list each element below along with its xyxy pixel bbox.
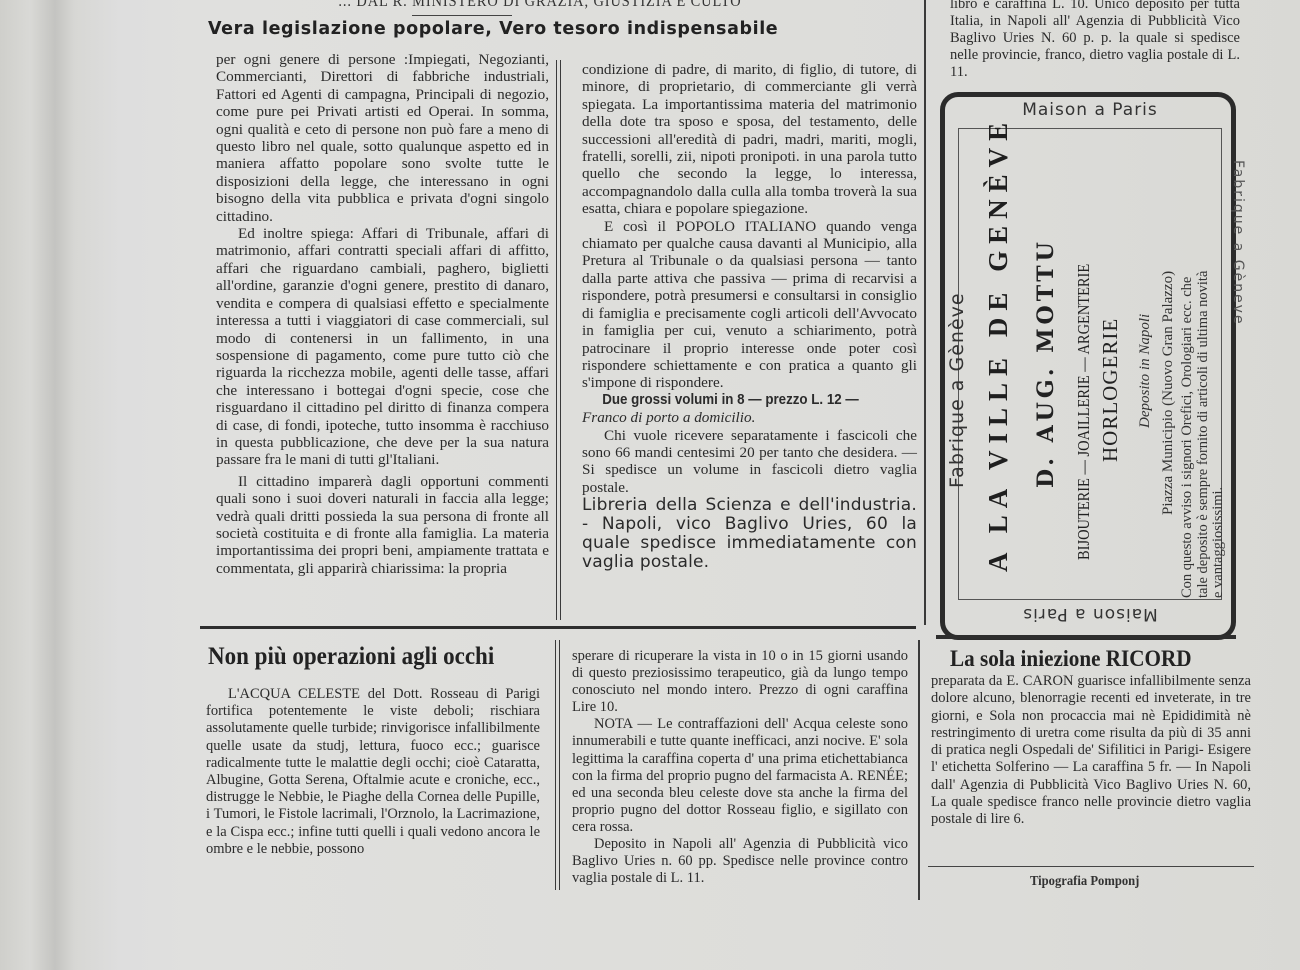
notice-block: Con questo avviso i signori Orefici, Oro… <box>1180 271 1227 598</box>
owner-name: D. AUG. MOTTU <box>1033 238 1059 488</box>
notice-line: tale deposito è sempre fornito di artico… <box>1196 271 1212 598</box>
shipping-note: Franco di porto a domicilio. <box>582 409 917 426</box>
fabrique-geneve: Fabrique a Gènève <box>946 292 968 488</box>
column-separator <box>918 640 920 900</box>
article-paragraph: E così il POPOLO ITALIANO quando venga c… <box>582 218 917 392</box>
notice-line: Con questo avviso i signori Orefici, Oro… <box>1180 271 1196 598</box>
article-paragraph: Ed inoltre spiega: Affari di Tribunale, … <box>216 225 549 469</box>
article-paragraph: condizione di padre, di marito, di figli… <box>582 61 917 218</box>
printer-imprint: Tipografia Pomponj <box>1030 874 1139 890</box>
header-divider <box>412 15 512 16</box>
goods-line: BIJOUTERIE — JOAILLERIE — ARGENTERIE <box>1074 264 1094 560</box>
article-column-1: per ogni genere di persone :Impiegati, N… <box>216 51 549 577</box>
notice-line: e vantaggiosissimi. <box>1211 271 1227 598</box>
ricord-ad-title: La sola iniezione RICORD <box>950 646 1226 672</box>
column-separator <box>924 0 926 625</box>
acqua-ad-column-1: L'ACQUA CELESTE del Dott. Rosseau di Par… <box>206 686 540 858</box>
article-paragraph: Chi vuole ricevere separatamente i fasci… <box>582 427 917 497</box>
address-line: Piazza Municipio (Nuovo Gran Palazzo) <box>1160 271 1177 515</box>
shop-name: A LA VILLE DE GENÈVE <box>983 116 1014 572</box>
maison-paris-bottom: Maison a Paris <box>960 604 1220 624</box>
publisher-notice: Libreria della Scienza e dell'industria.… <box>582 496 917 572</box>
article-paragraph: per ogni genere di persone :Impiegati, N… <box>216 51 549 225</box>
ad-divider <box>936 635 1236 639</box>
fabrique-mirror: Fabrique a Gèneve <box>1230 160 1246 326</box>
ministry-line: ... DAL R. MINISTERO DI GRAZIA, GIUSTIZI… <box>270 0 810 11</box>
acqua-ad-title: Non più operazioni agli occhi <box>208 643 521 671</box>
ad-paragraph: sperare di ricuperare la vista in 10 o i… <box>572 648 908 716</box>
horlogerie-line: HORLOGERIE <box>1098 318 1123 462</box>
deposito-line: Deposito in Napoli <box>1137 314 1154 428</box>
section-divider <box>200 626 916 629</box>
previous-ad-tail: libro e caraffina L. 10. Unico deposito … <box>950 0 1240 81</box>
ricord-ad-body: preparata da E. CARON guarisce infallibi… <box>931 673 1251 829</box>
ad-paragraph: Deposito in Napoli all' Agenzia di Pubbl… <box>572 836 908 887</box>
article-column-2: condizione di padre, di marito, di figli… <box>582 61 917 572</box>
ad-paragraph: NOTA — Le contraffazioni dell' Acqua cel… <box>572 716 908 836</box>
headline: Vera legislazione popolare, Vero tesoro … <box>208 19 928 39</box>
column-separator <box>555 640 560 890</box>
acqua-ad-column-2: sperare di ricuperare la vista in 10 o i… <box>572 648 908 887</box>
column-separator <box>556 60 561 620</box>
price-line: Due grossi volumi in 8 — prezzo L. 12 — <box>582 392 890 409</box>
footer-divider <box>928 866 1254 867</box>
article-paragraph: Il cittadino imparerà dagli opportuni co… <box>216 473 549 577</box>
